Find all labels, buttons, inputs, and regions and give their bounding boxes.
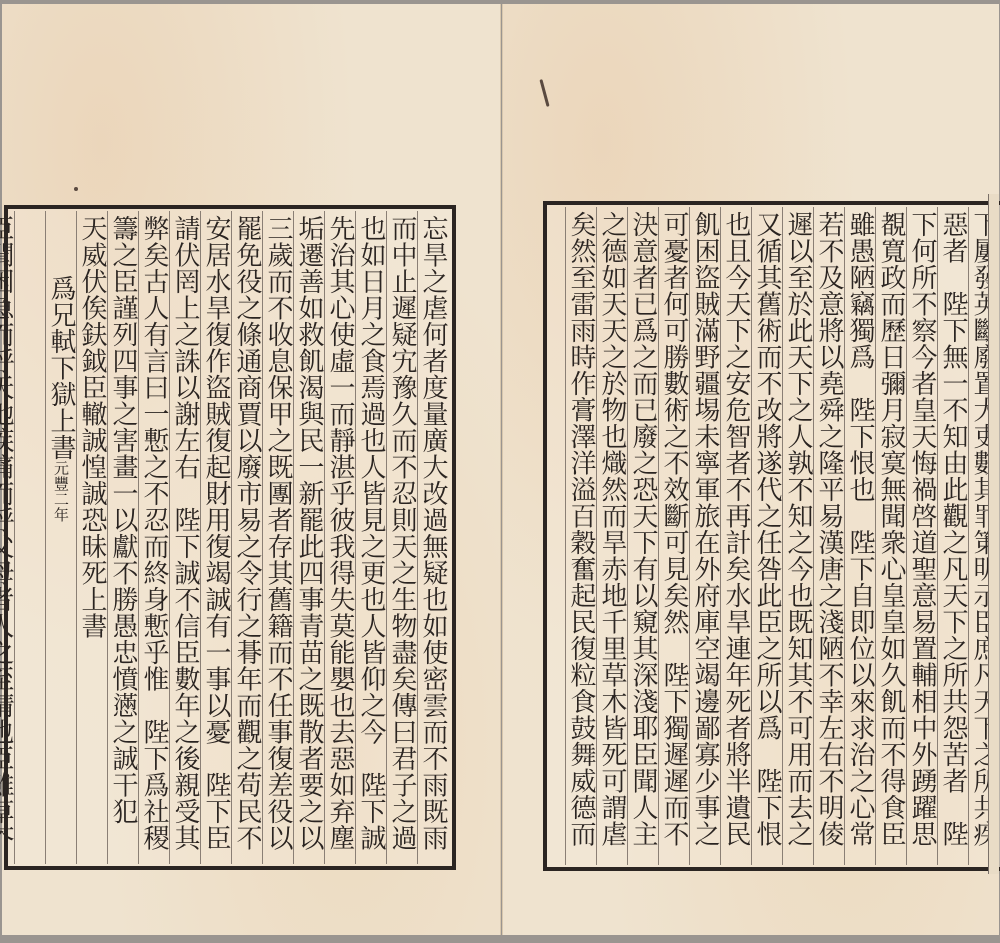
date-note: 元豐二年 [52,461,70,523]
text-column: 惡者 陛下無一不知由此觀之凡天下之所共怨苦者 陛 [937,207,968,865]
text-column: 覩寬政而歷日彌月寂寞無聞衆心皇皇如久飢而不得食臣 [875,207,906,865]
text-column: 也如日月之食焉過也人皆見之更也人皆仰之今 陛下誠 [355,211,386,864]
next-page-edge [988,194,999,874]
text-column: 先治其心使虛一而靜湛乎彼我得失莫能嬰也去惡如弃塵 [324,211,355,864]
blank-column [14,211,45,864]
ink-mark [539,79,549,107]
text-column: 下何所不察今者皇天悔禍啓道聖意易置輔相中外踴躍思 [906,207,937,865]
text-column: 遲以至於此天下之人孰不知之今也既知其不可用而去之 [782,207,813,865]
text-column: 臣聞困急而呼天地疾痛而呼父母者人之至情也臣雖草芥 [0,211,14,864]
text-column: 雖愚陋竊獨爲 陛下恨也 陛下自即位以來求治之心常 [844,207,875,865]
ink-spot [74,187,78,191]
text-column: 矣然至雷雨時作膏澤洋溢百穀奮起民復粒食鼓舞威德而 [565,207,596,865]
text-column: 三歲而不收息保甲之既團者存其舊籍而不任事復差役以 [262,211,293,864]
text-column: 忘旱之虐何者度量廣大改過無疑也如使密雲而不雨既雨 [417,211,448,864]
left-page: 忘旱之虐何者度量廣大改過無疑也如使密雲而不雨既雨 而中止遲疑宄豫久而不忍則天之生… [2,4,501,935]
text-column: 而中止遲疑宄豫久而不忍則天之生物盡矣傳曰君子之過 [386,211,417,864]
essay-title-column: 爲兄軾下獄上書元豐二年 [45,211,76,864]
text-column: 若不及意將以堯舜之隆平易漢唐之淺陋不幸左右不明倰 [813,207,844,865]
text-column: 之德如天天之於物也熾然而旱赤地千里草木皆死可謂虐 [596,207,627,865]
text-column: 請伏罔上之誅以謝左右 陛下誠不信臣數年之後親受其 [169,211,200,864]
text-column: 安居水旱復作盜賊復起財用復竭誠有一事以憂 陛下臣 [200,211,231,864]
text-column: 決意者已爲之而已廢之恐天下有以窺其深淺耶臣聞人主 [627,207,658,865]
text-column: 也且今天下之安危智者不再計矣水旱連年死者將半遺民 [720,207,751,865]
essay-title: 爲兄軾下獄上書 [46,275,76,461]
text-column: 天威伏俟鈇鉞臣轍誠惶誠恐昧死上書 [76,211,107,864]
text-column: 弊矣古人有言曰一慙之不忍而終身慙乎惟 陛下爲社稷 [138,211,169,864]
right-page: 下屢發英斷廢置大吏數其罪䇿明示臣庶凡天下之所共疾 惡者 陛下無一不知由此觀之凡天… [502,4,999,935]
right-text-frame: 下屢發英斷廢置大吏數其罪䇿明示臣庶凡天下之所共疾 惡者 陛下無一不知由此觀之凡天… [543,201,1000,871]
text-column: 飢困盜賊滿野疆埸未寧軍旅在外府庫空竭邊鄙寡少事之 [689,207,720,865]
text-column: 又循其舊術而不改將遂代之任咎此臣之所以爲 陛下恨 [751,207,782,865]
text-column: 罷免役之條通商賈以廢市易之令行之朞年而觀之苟民不 [231,211,262,864]
text-column: 籌之臣謹列四事之害畫一以獻不勝愚忠憤懣之誠干犯 [107,211,138,864]
left-text-frame: 忘旱之虐何者度量廣大改過無疑也如使密雲而不雨既雨 而中止遲疑宄豫久而不忍則天之生… [4,205,456,870]
left-columns: 忘旱之虐何者度量廣大改過無疑也如使密雲而不雨既雨 而中止遲疑宄豫久而不忍則天之生… [12,211,448,864]
text-column: 可憂者何可勝數術之不效斷可見矣然 陛下獨遲遲而不 [658,207,689,865]
text-column: 垢遷善如救飢渴與民一新罷此四事青苗之既散者要之以 [293,211,324,864]
right-columns: 下屢發英斷廢置大吏數其罪䇿明示臣庶凡天下之所共疾 惡者 陛下無一不知由此觀之凡天… [551,207,999,865]
